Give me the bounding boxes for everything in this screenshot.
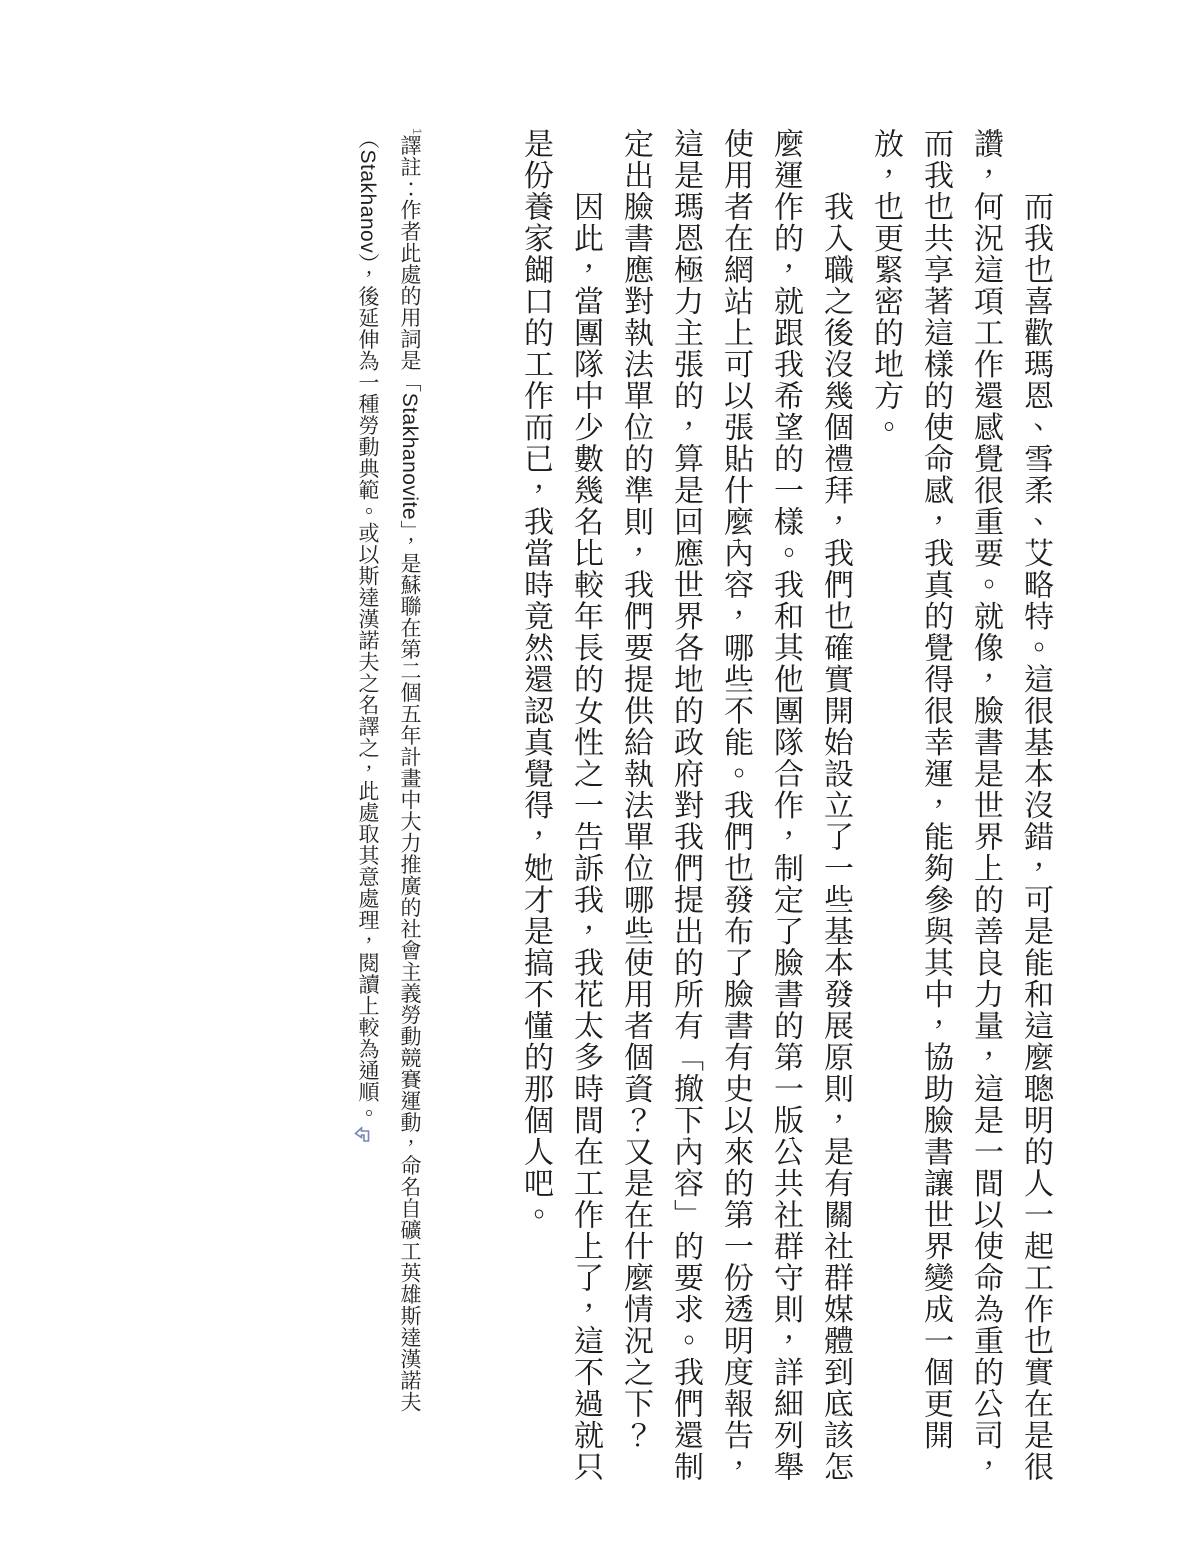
footnote-return-icon[interactable] [352,1124,376,1148]
footnote-marker: 1 [410,128,424,135]
footnote-text: 譯註：作者此處的用詞是「Stakhanovite」，是蘇聯在第二個五年計畫中大力… [356,128,421,1413]
body-paragraph: 因此，當團隊中少數幾名比較年長的女性之一告訴我，我花太多時間在工作上了，這不過就… [510,128,610,1492]
book-page: 而我也喜歡瑪恩、雪柔、艾略特。這很基本沒錯，可是能和這麼聰明的人一起工作也實在是… [0,0,1200,1554]
body-paragraph: 而我也喜歡瑪恩、雪柔、艾略特。這很基本沒錯，可是能和這麼聰明的人一起工作也實在是… [860,128,1060,1492]
text-flow: 而我也喜歡瑪恩、雪柔、艾略特。這很基本沒錯，可是能和這麼聰明的人一起工作也實在是… [346,128,1060,1492]
main-text: 而我也喜歡瑪恩、雪柔、艾略特。這很基本沒錯，可是能和這麼聰明的人一起工作也實在是… [510,128,1060,1492]
body-paragraph: 我入職之後沒幾個禮拜，我們也確實開始設立了一些基本發展原則，是有關社群媒體到底該… [610,128,860,1492]
translator-footnote: 1譯註：作者此處的用詞是「Stakhanovite」，是蘇聯在第二個五年計畫中大… [346,128,438,1492]
